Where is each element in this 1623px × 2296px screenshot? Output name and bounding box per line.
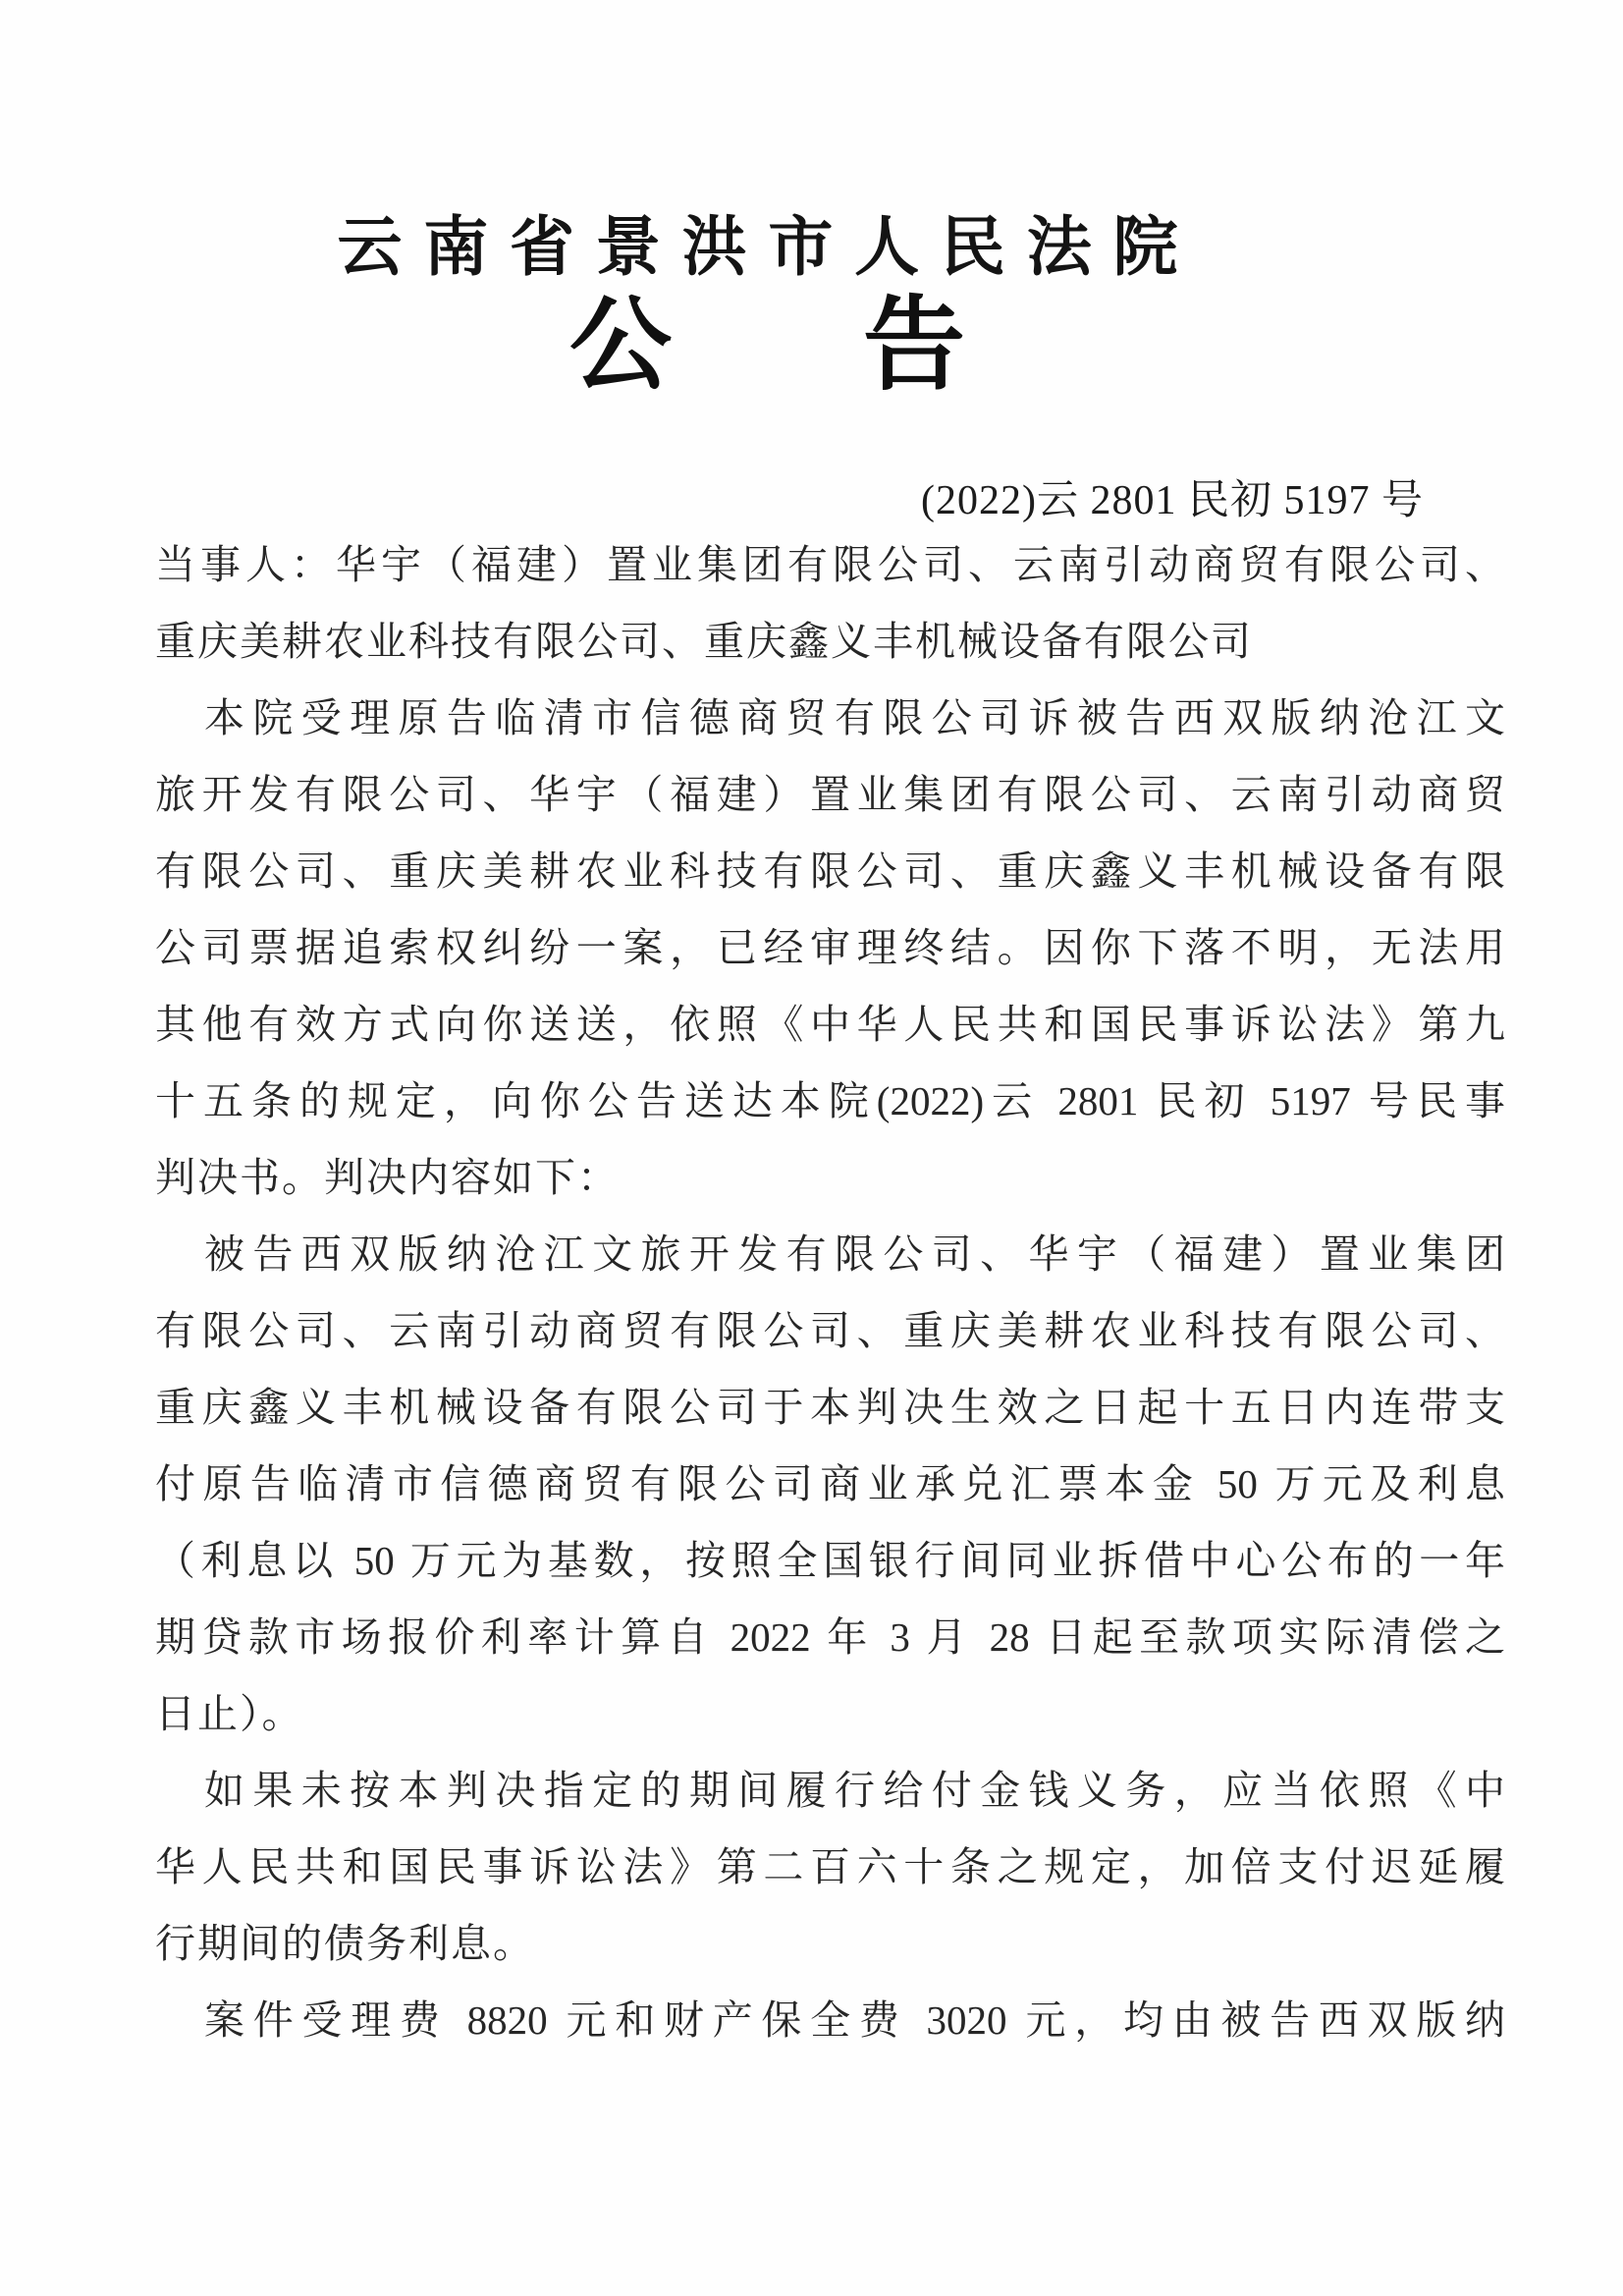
document-line: 如果未按本判决指定的期间履行给付金钱义务，应当依照《中	[155, 1752, 1505, 1829]
scanned-page: 云南省景洪市人民法院 公 告 (2022)云 2801 民初 5197 号 当事…	[0, 0, 1623, 2296]
document-line: 当事人：华宇（福建）置业集团有限公司、云南引动商贸有限公司、	[155, 526, 1505, 603]
document-line: （利息以 50 万元为基数，按照全国银行间同业拆借中心公布的一年	[155, 1522, 1505, 1599]
document-line: 十五条的规定，向你公告送达本院(2022)云 2801 民初 5197 号民事	[155, 1063, 1505, 1139]
court-title: 云南省景洪市人民法院	[0, 194, 1569, 288]
document-body: 当事人：华宇（福建）置业集团有限公司、云南引动商贸有限公司、重庆美耕农业科技有限…	[155, 526, 1505, 2058]
document-line: 案件受理费 8820 元和财产保全费 3020 元，均由被告西双版纳	[155, 1982, 1505, 2058]
document-line: 被告西双版纳沧江文旅开发有限公司、华宇（福建）置业集团	[155, 1216, 1505, 1292]
document-line: 日止）。	[155, 1675, 1505, 1752]
document-line: 期贷款市场报价利率计算自 2022 年 3 月 28 日起至款项实际清偿之	[155, 1599, 1505, 1675]
notice-title: 公 告	[0, 291, 1579, 403]
document-line: 重庆美耕农业科技有限公司、重庆鑫义丰机械设备有限公司	[155, 603, 1505, 680]
document-line: 公司票据追索权纠纷一案，已经审理终结。因你下落不明，无法用	[155, 909, 1505, 986]
document-line: 判决书。判决内容如下：	[155, 1139, 1505, 1216]
notice-title-char-2: 告	[863, 291, 965, 403]
document-line: 行期间的债务利息。	[155, 1905, 1505, 1982]
document-line: 有限公司、重庆美耕农业科技有限公司、重庆鑫义丰机械设备有限	[155, 833, 1505, 909]
document-line: 本院受理原告临清市信德商贸有限公司诉被告西双版纳沧江文	[155, 680, 1505, 756]
notice-title-char-1: 公	[569, 291, 672, 403]
document-line: 有限公司、云南引动商贸有限公司、重庆美耕农业科技有限公司、	[155, 1292, 1505, 1369]
document-line: 华人民共和国民事诉讼法》第二百六十条之规定，加倍支付迟延履	[155, 1829, 1505, 1905]
document-line: 旅开发有限公司、华宇（福建）置业集团有限公司、云南引动商贸	[155, 756, 1505, 833]
document-line: 付原告临清市信德商贸有限公司商业承兑汇票本金 50 万元及利息	[155, 1446, 1505, 1522]
document-line: 重庆鑫义丰机械设备有限公司于本判决生效之日起十五日内连带支	[155, 1369, 1505, 1446]
case-number: (2022)云 2801 民初 5197 号	[155, 467, 1505, 526]
document-line: 其他有效方式向你送送，依照《中华人民共和国民事诉讼法》第九	[155, 986, 1505, 1063]
